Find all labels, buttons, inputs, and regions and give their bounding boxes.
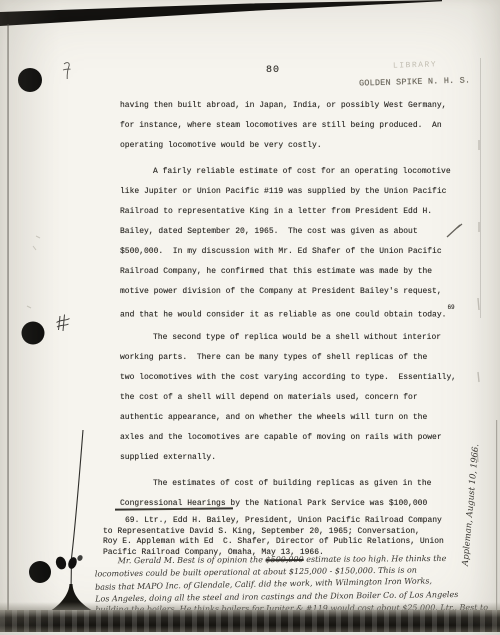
margin-squiggle-mark [63,63,71,79]
text-line: $500,000. In my discussion with Mr. Ed S… [120,242,472,262]
paragraph-1: having then built abroad, in Japan, Indi… [120,96,472,156]
bottom-band-fade [0,602,500,610]
text-line: having then built abroad, in Japan, Indi… [120,96,472,116]
handwriting-text: estimate is too high. He thinks the [304,554,447,564]
text-line-tail: and that he would consider it as reliabl… [120,311,446,320]
text-line: motive power division of the Company at … [120,282,472,302]
text-line: working parts. There can be many types o… [120,348,472,368]
text-line: and that he would consider it as reliabl… [120,302,472,322]
text-line: two locomotives with the cost varying ac… [120,368,472,388]
struck-out-amount: $500,000 [265,555,303,564]
hole-punch-mark-middle [22,322,45,345]
ink-blot-mark [54,554,83,571]
margin-scribble-mark [57,315,70,332]
hole-punch-mark-top [18,68,42,92]
text-line: Congressional Hearings by the National P… [120,494,472,514]
bottom-scan-edge-band [0,610,500,632]
paragraph-3: The second type of replica would be a sh… [120,328,472,468]
footnote-reference-69: 69 [447,304,454,311]
footnote-line: Roy E. Appleman with Ed C. Shafer, Direc… [103,537,463,548]
text-line: operating locomotive would be very costl… [120,136,472,156]
footnote-line: 69. Ltr., Edd H. Bailey, President, Unio… [103,516,463,527]
page-number: 80 [266,65,280,76]
text-line: axles and the locomotives are capable of… [120,428,472,448]
left-page-edge-line [7,24,8,614]
handwriting-text: Mr. Gerald M. Best is of opinion the [118,555,266,565]
text-line: the cost of a shell will depend on mater… [120,388,472,408]
right-page-edge-line-lower [496,420,497,612]
right-page-edge-line [480,58,481,318]
text-line: Railroad to representative King in a let… [120,202,472,222]
text-line: like Jupiter or Union Pacific #119 was s… [120,182,472,202]
scanned-document-page: 80 LIBRARY GOLDEN SPIKE N. H. S. having … [0,0,500,635]
text-line: A fairly reliable estimate of cost for a… [120,162,472,182]
typed-body-text: having then built abroad, in Japan, Indi… [120,96,472,520]
pencil-smudge-marks [27,236,40,308]
hole-punch-mark-bottom [29,561,51,583]
text-line: The estimates of cost of building replic… [120,474,472,494]
paragraph-2: A fairly reliable estimate of cost for a… [120,162,472,322]
library-stamp-line1: LIBRARY [393,60,437,70]
footnote-line: to Representative David S. King, Septemb… [103,527,463,538]
text-line: The second type of replica would be a sh… [120,328,472,348]
top-scan-edge-band [0,0,442,26]
text-line: authentic appearance, and on whether the… [120,408,472,428]
text-line: Railroad Company, he confirmed that this… [120,262,472,282]
golden-spike-stamp: GOLDEN SPIKE N. H. S. [359,75,471,88]
text-line: for instance, where steam locomotives ar… [120,116,472,136]
text-line: Bailey, dated September 20, 1965. The co… [120,222,472,242]
scratch-line-artifact [71,430,83,592]
text-line: supplied externally. [120,448,472,468]
